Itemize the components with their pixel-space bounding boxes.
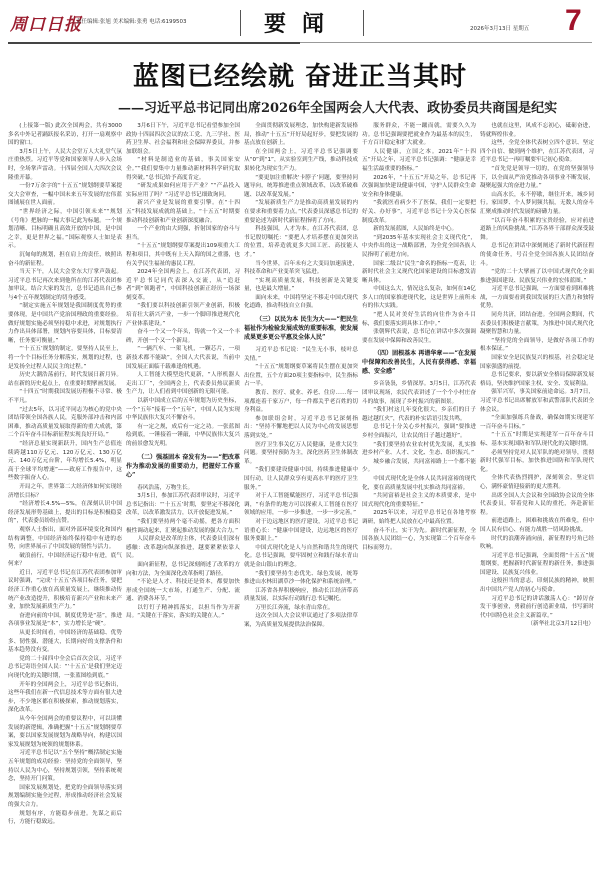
paragraph: 总书记十分关心乡村振兴，强调“要推进乡村全面振兴，让农民的日子越过越好”。 [362, 423, 476, 440]
paragraph: “全面加强练兵备战，确保如期实现建军一百年奋斗目标。” [480, 414, 594, 431]
paragraph: 乡音袅袅，乡情深厚。3月5日，江苏代表团审议现场，农民代表讲述了一个个小村庄奋斗… [362, 380, 476, 406]
paragraph: “我们要坚持两个毫不动摇，把各方面积极性调动起来，汇聚起推动发展的强大合力。” [126, 518, 240, 535]
text-column: 全面贯彻新发展理念，加快构建新发展格局，推动“十五五”开好局起好步，要把发展的基… [244, 122, 358, 882]
paragraph: 科技强国，人才为本。在江苏代表团，总书记殷切嘱托：“要把人才培养摆在更加突出的位… [244, 225, 358, 259]
paragraph: “以百年奋斗积累的宝贵经验，应对前进道路上的风险挑战。”江苏各界干部群众深受鼓舞… [480, 217, 594, 243]
paragraph: 参加联组会时，习近平总书记深刻指出：“坚持不懈地把以人民为中心的发展思想落到实处… [244, 415, 358, 441]
paragraph: 对于人工智能赋能医疗，习近平总书记强调，“有条件的地方可以探索人工智能在医疗领域… [244, 492, 358, 518]
paragraph: 当今世界，百年未有之大变局加速演进，科技革命和产业变革突飞猛进。 [244, 260, 358, 277]
paragraph: 强军兴军，事关国家前途命运。3月7日，习近平总书记出席解放军和武警部队代表团全体… [480, 388, 594, 414]
paragraph: 2026年，“十五五”开局之年，总书记再次强调加快建设健康中国，守护人民群众生命… [362, 174, 476, 200]
paragraph: 开年的全国两会上，习近平总书记指出，这些年我们在新一代信息技术等方面有很大进步，… [8, 681, 122, 715]
paragraph: “材料是制造业的基础，事关国家安全。”“我们要集中力量推动新材料科学研究取得突破… [126, 156, 240, 182]
paragraph: 一份7万余字的“十五五”规划纲要草案提交大会审查，一幅中国未来五年发展的宏伟蓝图… [8, 182, 122, 208]
issue-date: 2026年3月13日 星期五 [470, 24, 529, 32]
paragraph: 习近平总书记强调，一方面要看到困难挑战，一方面要看到我国发展的巨大潜力和独特优势… [480, 285, 594, 311]
paragraph: “‘十五五’规划的制定，要坚持人民至上，将一个个目标任务分解落实，规划的过程，也… [8, 345, 122, 371]
paragraph: “我们要建设健康中国，持续推进健康中国行动，让人民群众享有更高水平的医疗卫生服务… [244, 466, 358, 492]
paragraph: 奋进向前的中国，制度优势是“基”，推进各项事业发展是“本”，实力增长是“硬”。 [8, 612, 122, 629]
paragraph: 中国式现代化是人与自然和谐共生的现代化。总书记强调，要牢固树立和践行绿水青山就是… [244, 544, 358, 570]
paragraph: 面向新征程，总书记深刻阐述了改革的方向和方法，为全面深化改革指明了路径。 [126, 561, 240, 578]
paragraph: 党的二十届四中全会后首次会议，习近平总书记寄语全国人民：“‘十五五’是我们坚定迈… [8, 655, 122, 681]
paragraph: 也就在这里，风成不忘初心，砥砺奋进，铸就辉煌伟业。 [480, 122, 594, 139]
headline: 蓝图已经绘就 奋进正当其时 [0, 56, 600, 93]
header-rule [8, 42, 300, 44]
article-body: (上接第一版) 此次全国两会，共有3000多名中外记者踊跃报名采访，打开一扇观察… [8, 122, 596, 882]
paragraph: 习近平总书记以“五个坚持”概括制定实施五年规划的成功经验：坚持党的全面领导，坚持… [8, 749, 122, 783]
paragraph: 面向未来，中国将坚定不移走中国式现代化道路，推动科技自立自强。 [244, 294, 358, 311]
paragraph: “研发成果如何应用于产业？”“产品投入实际应用了吗？”习近平总书记细致询问。 [126, 182, 240, 199]
paragraph: 中国这么大，情况这么复杂，如何在14亿多人口的国家推进现代化，这是世界上前所未有… [362, 285, 476, 311]
paragraph: 以钉钉子精神抓落实，以担当作为开新局。“关键在于落实，落实的关键在人。” [126, 604, 240, 621]
paragraph: “一辆汽车、一架飞机，一颗芯片，一项新技术都不能缺”，全国人大代表说，当前中国发… [126, 345, 240, 371]
paragraph: 国家二级以“民生”命名的指标一览表，让新时代社会主义现代化国家建设的目标愈发清晰… [362, 260, 476, 286]
paragraph: “首先党是领导一切的，在党的坚强领导下，以全面从严治党推动各项事业不断发展，凝聚… [480, 165, 594, 191]
paragraph: 习近平总书记的讲话激荡人心：“踔厉奋发干事创业，勇毅前行创造新业绩，书写新时代中… [480, 595, 594, 621]
paragraph: 全体代表热烈拥护，深刻领会，坚定信心，满怀豪情迎接新的更大胜利。 [480, 474, 594, 491]
section-label: 要闻 [240, 7, 364, 38]
paragraph: 全面贯彻新发展理念，加快构建新发展格局，推动“十五五”开好局起好步，要把发展的基… [244, 122, 358, 148]
paragraph: 奋斗一个又一个年头，铸就一个又一个丰碑，开创一个又一个新局。 [126, 328, 240, 345]
paragraph: “不论是人才、科技还是资本，都要加快形成全国统一大市场，打通生产、分配、流通、消… [126, 578, 240, 604]
paragraph: 规划有序，方能稳步前进。先谋之而后行，方能行稳致远。 [8, 810, 122, 827]
paragraph: 这次全国人大会议审议通过了多项法律草案，为高质量发展提供法治保障。 [244, 612, 358, 629]
paragraph: “经济总量实现新跃升，国内生产总值连续跨越110万亿元、120万亿元、130万亿… [8, 440, 122, 483]
subtitle: ——习近平总书记同出席2026年全国两会人大代表、政协委员共商国是纪实 [118, 97, 557, 116]
paragraph: 历史大潮浩荡前行，时代发展日新月异。站在新的历史起点上，在重要时期擘画发展。 [8, 371, 122, 388]
paragraph: (上接第一版) 此次全国两会，共有3000多名中外记者踊跃报名采访，打开一扇观察… [8, 122, 122, 148]
paragraph: “坚持党的全面领导，是做好各项工作的根本保证。” [480, 337, 594, 354]
masthead: 周口日报 责任编辑:张旭 美术编辑:张勇 电话:6199503 要闻 2026年… [0, 0, 600, 46]
paragraph: 出席全国人大会议和全国政协会议的全体代表委员，带着党和人民的重托，奔赴新征程。 [480, 492, 594, 518]
paragraph: 沉甸甸的规划，担在肩上的责任，映照出奋斗的新征程。 [8, 251, 122, 268]
paragraph: 国家发展规划处，把党的全面领导落实到规划编制实施全过程，形成推动经济社会发展的强… [8, 784, 122, 810]
paragraph: 教育、医疗、就业、养老、住房……每一项都连着千家万户，每一件都关乎老百姓的切身利… [244, 389, 358, 415]
paragraph: 破浪前行，中国经济运行稳中有进，底气何来？ [8, 552, 122, 569]
paragraph: “把人民对美好生活的向往作为奋斗目标，我们要落实到具体工作中。” [362, 311, 476, 328]
section-subheading: （三）以民为本 民生为大——“把民生福祉作为检验发展成效的重要标准，使发展成果更… [244, 315, 358, 342]
paragraph: 江苏省各界积极响应，推动长江经济带高质量发展，以实际行动践行总书记嘱托。 [244, 587, 358, 604]
paragraph: 3月5日，参加江苏代表团审议时，习近平总书记指出：“‘十五五’时期，要坚定不移深… [126, 492, 240, 518]
paragraph: 开局之年，世界第二大经济体如何实现经济增长目标？ [8, 483, 122, 500]
paragraph: 习近平总书记强调，全面贯彻“十五五”规划纲要，把握新时代新征程的新任务，推进强国… [480, 552, 594, 578]
section-subheading: （四）固根基本 再谱华章——“在发展中保障和改善民生，人民有获得感、幸福感、安全… [362, 349, 476, 376]
paragraph: 从今年全国两会的重要议程中，可以读懂发展的新逻辑，准确把握“十五五”规划纲要草案… [8, 715, 122, 749]
paragraph: “我就医看病少不了医保，我们一定要把好关、办好事”，习近平总书记十分关心医保制度… [362, 199, 476, 225]
paragraph: “十五五”时期是实现建军一百年奋斗目标、基本实现国防和军队现代化的关键时期。 [480, 431, 594, 448]
paragraph: 城乡融合发展，共同富裕路上一个都不能少。 [362, 458, 476, 475]
paragraph: 时代的浪潮奔涌向前，新征程的号角已经吹响。 [480, 535, 594, 552]
paragraph: 中国式现代化是全体人民共同富裕的现代化，要在高质量发展中扎实推动共同富裕。 [362, 475, 476, 492]
paragraph: “发展新质生产力是推动高质量发展的内在要求和重要着力点。”代表委员深感总书记的重… [244, 199, 358, 225]
paragraph: “制定实施五年规划是我国制度优势的重要体现，是中国共产党治国理政的重要经验。做好… [8, 302, 122, 345]
paragraph: “实现高质量发展，科技创新是关键变量，也是最大增量。” [244, 277, 358, 294]
paragraph: 总书记要求，要以新安全格局保障新发展格局，坚决维护国家主权、安全、发展利益。 [480, 371, 594, 388]
paragraph: 对于边远地区的医疗建设，习近平总书记语重心长：“健康中国建设，边远地区的医疗服务… [244, 518, 358, 544]
section-header: 要闻 [240, 4, 364, 38]
paragraph: 在全国两会上，习近平总书记强调要从“0”到“1”，从实验室到生产线，推动科技成果… [244, 148, 358, 174]
paragraph: “我们要坚持生态优先、绿色发展，统筹推进山水林田湖草沙一体化保护和系统治理。” [244, 570, 358, 587]
paragraph: 新兴产业是发展的重要引擎。在“十四五”科技发展成就的基础上，“十五五”时期要推动… [126, 199, 240, 225]
paragraph: 习近平总书记说：“民生无小事，枝叶总关情。” [244, 346, 358, 363]
paragraph: 人民健康，立国之本。2021年“十四五”开局之年，习近平总书记强调：“健康是幸福… [362, 148, 476, 174]
paragraph: 医疗卫生事关亿万人民健康，是重大民生问题。要坚持预防为主，深化医药卫生体制改革。 [244, 441, 358, 467]
paragraph: “党的二十大擘画了以中国式现代化全面推进强国建设、民族复兴伟业的宏伟蓝图。” [480, 268, 594, 285]
newspaper-logo: 周口日报 [10, 10, 82, 35]
text-column: (上接第一版) 此次全国两会，共有3000多名中外记者踊跃报名采访，打开一扇观察… [8, 122, 122, 882]
paragraph: 3月5日上午，人民大会堂万人大礼堂气氛庄重热烈。习近平等党和国家领导人步入会场时… [8, 148, 122, 182]
paragraph: 春风浩荡，万物生长。 [126, 484, 240, 493]
paragraph: 一个产业的由大到强，折射国家的奋斗与担当。 [126, 225, 240, 242]
paragraph: “我们要以科技创新引领产业创新，积极培育壮大新兴产业，一步一个脚印推进现代化产业… [126, 302, 240, 328]
paragraph: 必须坚持党对人民军队的绝对领导，贯彻新时代强军目标，加快推进国防和军队现代化。 [480, 449, 594, 475]
paragraph: 以新中国成立后的五年规划为历史坐标，一个“五年”接着一个“五年”，中国人民为实现… [126, 397, 240, 423]
paragraph: 山高水长，永不停歇，继往开来，城乡同行。家国梦、个人梦同频共振，无数人的奋斗汇聚… [480, 191, 594, 217]
paragraph: 人民群众是改革的主体，代表委员们深有感触：改革越向纵深推进，越要紧紧依靠人民。 [126, 535, 240, 561]
paragraph: “十五五”规划纲要草案提出109项重大工程和项目，其中既有上天入海的国之重器，也… [126, 242, 240, 268]
paragraph: 有一定之规，成后有一定之功。一张蓝图绘到底，一锤接着一锤敲，中华民族伟大复兴的前… [126, 423, 240, 449]
paragraph: 国家安全是民族复兴的根基，社会稳定是国家强盛的前提。 [480, 354, 594, 371]
paragraph: “过去5年，以习近平同志为核心的党中央团结带领全国各族人民，克服外部冲击和内部困… [8, 406, 122, 440]
paragraph: “十四五”时期我国发展历程极不寻常、极不平凡。 [8, 388, 122, 405]
paragraph: 同舟共济，团结奋进。全国两会期间，代表委员们积极建言献策，为推进中国式现代化凝聚… [480, 311, 594, 337]
header-rule [300, 42, 592, 43]
paragraph: 前进道路上，困难和挑战在所难免，但中国人民有信心、有能力战胜一切风险挑战。 [480, 517, 594, 534]
text-column: 也就在这里，风成不忘初心，砥砺奋进，铸就辉煌伟业。这些，全党全体代表树立四个意识… [480, 122, 594, 882]
paragraph: 万里长江奔流，绿水青山常在。 [244, 604, 358, 613]
paragraph: “世界经济之际，中国引领未来”“规划《号角》把脉的一幅大事记此为标题。一个规划清… [8, 208, 122, 251]
paragraph: “十五五”规划纲要草案将民生摆在更加突出位置，五个方面20项主要指标中，民生指标… [244, 363, 358, 389]
divider [363, 10, 364, 36]
paragraph: 从更长时间看，中国经济的基础稳、优势多、韧性强、潜能大，长期向好的支撑条件和基本… [8, 629, 122, 655]
paragraph: “要更加注重解决‘卡脖子’问题，要坚持问题导向，统筹推进重点领域改革，以改革破难… [244, 174, 358, 200]
paragraph: 观察人士指出，面对外部环境变化和国内结构调整，中国经济始终保持稳中有进的态势，向… [8, 526, 122, 552]
paragraph: 总书记在讲话中深刻阐述了新时代新征程的使命任务，号召全党全国各族人民团结奋斗。 [480, 242, 594, 268]
paragraph: “我们村这几年变化很大，乡亲们的日子越过越红火”，代表的朴实话语引发共鸣。 [362, 406, 476, 423]
paragraph: 服务群众，不能一蹴而就，需要久久为功。总书记强调要把就业作为最基本的民生，千方百… [362, 122, 476, 148]
paragraph: 当天下午，人民大会堂东大厅掌声鼓起。习近平总书记再次来到他所在的江苏代表团参加审… [8, 268, 122, 302]
section-subheading: （二）强基固本 奋发有为——“把改革作为推动发展的重要动力，把握好工作重心” [126, 453, 240, 480]
paragraph: 这般担当的意志，印刻民族的精神，映照出中国共产党人的初心与使命。 [480, 577, 594, 594]
dateline-signature: （新华社北京3月12日电） [480, 620, 594, 629]
paragraph: 2024年全国两会上，在江苏代表团，习近平总书记同代表深入交流，从“追赶者”到“… [126, 268, 240, 302]
paragraph: 3月6日下午，习近平总书记看望参加全国政协十四届四次会议的农工党、九三学社、医药… [126, 122, 240, 156]
paragraph: “共同富裕是社会主义的本质要求，是中国式现代化的重要特征。” [362, 492, 476, 509]
paragraph: 这些，全党全体代表树立四个意识、坚定四个自信、做到两个维护，在江苏代表团，习近平… [480, 139, 594, 165]
page-number: 7 [565, 4, 582, 38]
editor-credits: 责任编辑:张旭 美术编辑:张勇 电话:6199503 [76, 17, 187, 25]
text-column: 3月6日下午，习近平总书记看望参加全国政协十四届四次会议的农工党、九三学社、医药… [126, 122, 240, 882]
paragraph: 人工智能大模型迭代更新，“人形机器人走出工厂”，全国两会上，代表委员热议新质生产… [126, 371, 240, 397]
paragraph: “到2035年基本实现社会主义现代化”，中央作出的这一战略部署，为全党全国各族人… [362, 234, 476, 260]
paragraph: 近日，习近平总书记在江苏代表团参加审议时强调，“完成‘十五五’各项目标任务，要把… [8, 569, 122, 612]
paragraph: “我们要坚持农业农村优先发展，扎实推进乡村产业、人才、文化、生态、组织振兴。” [362, 441, 476, 458]
paragraph: 奋斗不止，实干为先。新时代新征程，全国各族人民团结一心，为实现第二个百年奋斗目标… [362, 527, 476, 553]
paragraph: “经济增长4.5%—5%，在深刻认识中国经济发展形势基础上，提出的目标是积极稳妥… [8, 500, 122, 526]
paragraph: 新的发展蓝图，人民始终是中心。 [362, 225, 476, 234]
paragraph: 张朝辉代表说，总书记在讲话中多次强调要在发展中保障和改善民生。 [362, 328, 476, 345]
text-column: 服务群众，不能一蹴而就，需要久久为功。总书记强调要把就业作为最基本的民生，千方百… [362, 122, 476, 882]
paragraph: 2025年以来，习近平总书记在各地考察调研，始终把人民放在心中最高位置。 [362, 509, 476, 526]
